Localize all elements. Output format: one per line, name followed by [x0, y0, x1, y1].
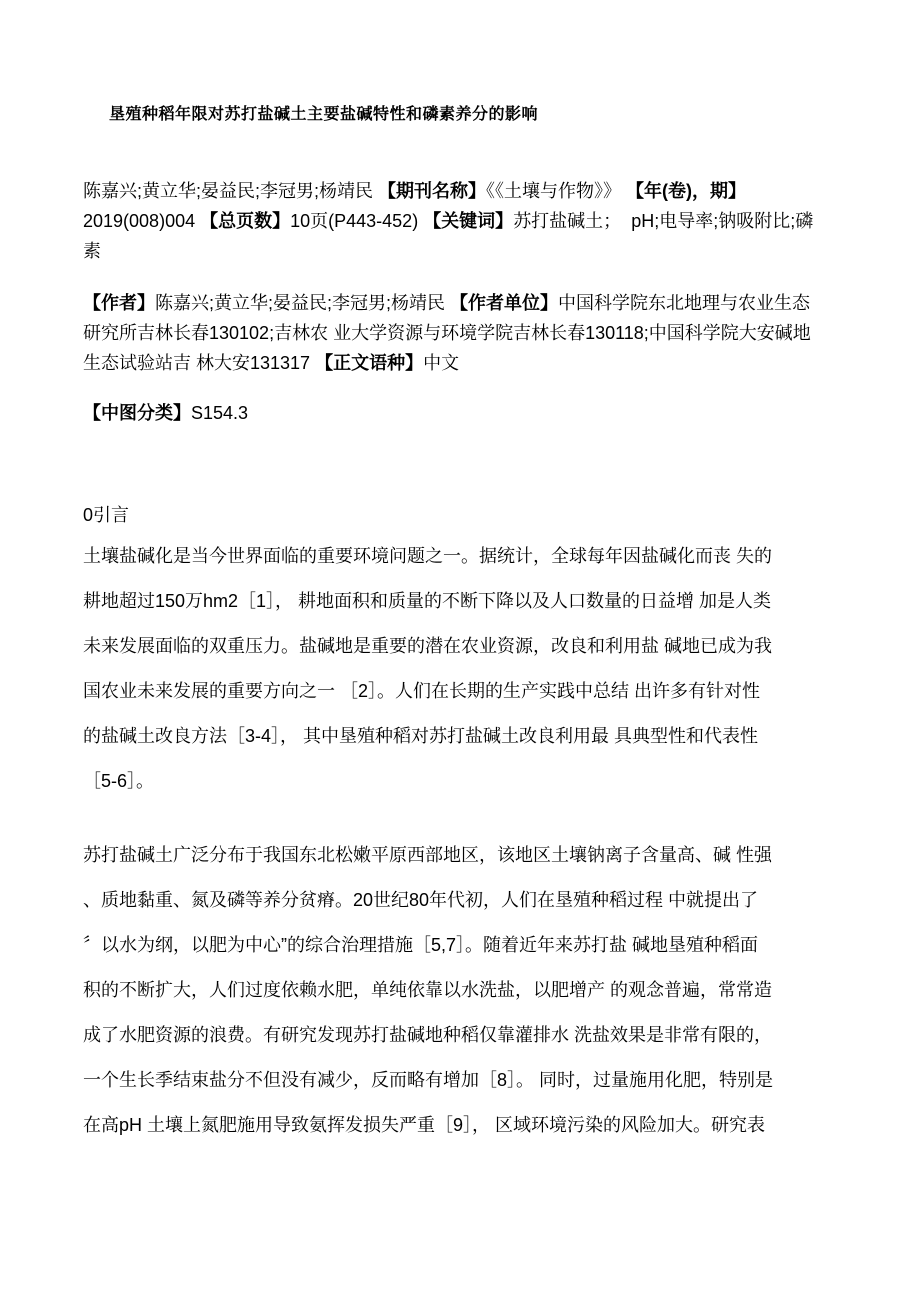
affiliation-label: 【作者单位】	[450, 293, 558, 313]
page-title: 垦殖种稻年限对苏打盐碱土主要盐碱特性和磷素养分的影响	[83, 104, 825, 126]
year-volume-issue-value: 2019(008)004	[83, 211, 200, 231]
document-content: 垦殖种稻年限对苏打盐碱土主要盐碱特性和磷素养分的影响 陈嘉兴;黄立华;晏益民;李…	[83, 104, 825, 1148]
journal-meta-paragraph: 陈嘉兴;黄立华;晏益民;李冠男;杨靖民 【期刊名称】《《土壤与作物》》 【年(卷…	[83, 176, 825, 266]
journal-name-value: 《《土壤与作物》》	[486, 181, 626, 201]
author-meta-paragraph: 【作者】陈嘉兴;黄立华;晏益民;李冠男;杨靖民 【作者单位】中国科学院东北地理与…	[83, 288, 825, 378]
journal-name-label: 【期刊名称】	[378, 181, 486, 201]
total-pages-label: 【总页数】	[200, 211, 290, 231]
author-label: 【作者】	[83, 293, 155, 313]
authors-text: 陈嘉兴;黄立华;晏益民;李冠男;杨靖民	[83, 181, 378, 201]
section-heading-introduction: 0引言	[83, 500, 825, 530]
body-paragraph-2: 苏打盐碱土广泛分布于我国东北松嫩平原西部地区，该地区土壤钠离子含量高、碱 性强 …	[83, 833, 825, 1148]
author-value: 陈嘉兴;黄立华;晏益民;李冠男;杨靖民	[155, 293, 450, 313]
clc-meta-paragraph: 【中图分类】S154.3	[83, 398, 825, 428]
total-pages-value: 10页(P443-452)	[290, 211, 423, 231]
clc-value: S154.3	[191, 403, 248, 423]
clc-label: 【中图分类】	[83, 403, 191, 423]
body-paragraph-1: 土壤盐碱化是当今世界面临的重要环境问题之一。据统计，全球每年因盐碱化而丧 失的 …	[83, 534, 825, 804]
keywords-label: 【关键词】	[423, 211, 513, 231]
language-label: 【正文语种】	[315, 353, 423, 373]
document-page: 垦殖种稻年限对苏打盐碱土主要盐碱特性和磷素养分的影响 陈嘉兴;黄立华;晏益民;李…	[0, 0, 920, 1301]
year-volume-issue-label: 【年(卷)，期】	[626, 181, 746, 201]
language-value: 中文	[423, 353, 459, 373]
